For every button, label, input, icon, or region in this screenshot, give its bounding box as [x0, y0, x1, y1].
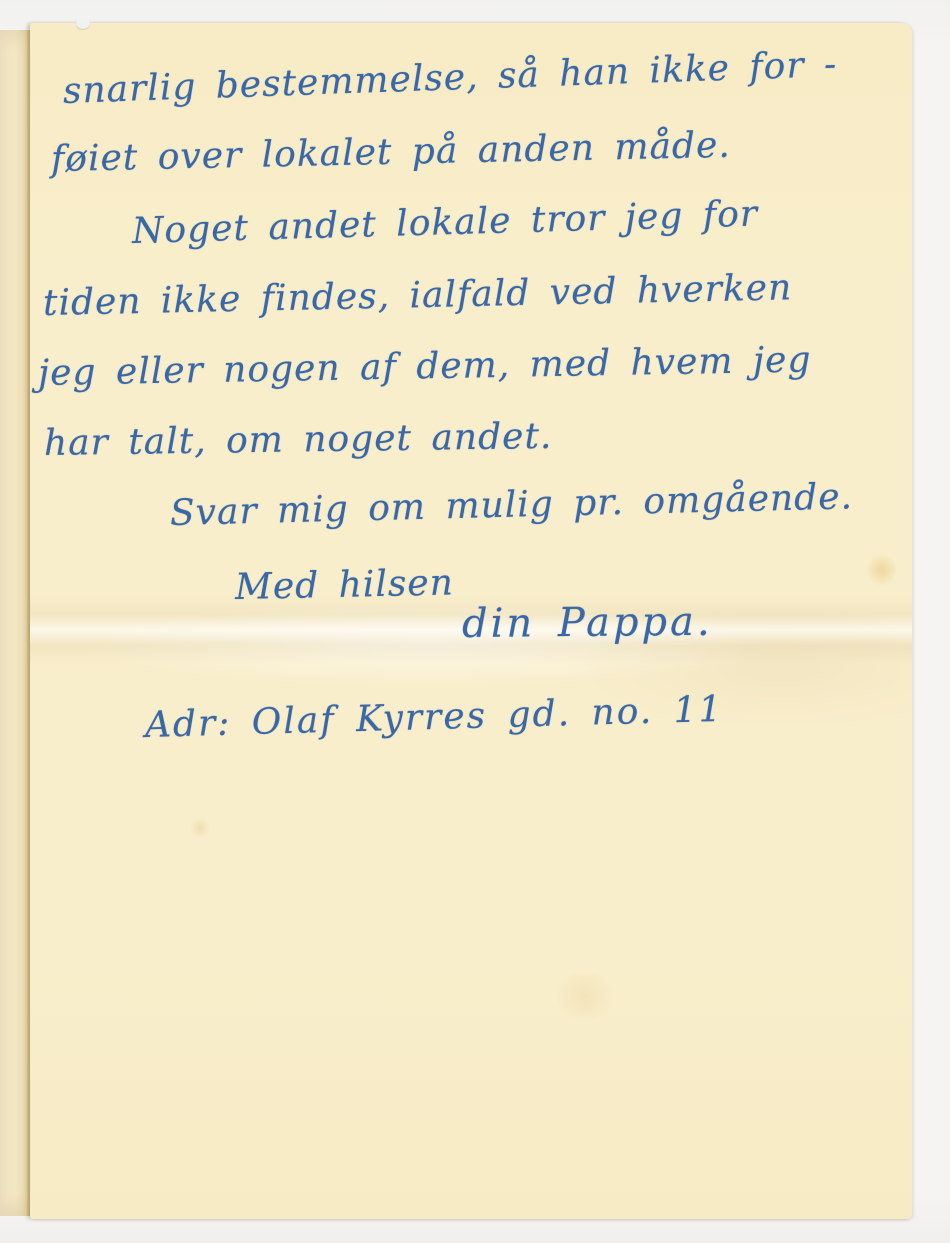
handwritten-line-4: tiden ikke findes, ialfald ved hverken — [43, 267, 793, 324]
handwritten-line-5: jeg eller nogen af dem, med hvem jeg — [38, 340, 812, 394]
paper-stain — [550, 973, 620, 1019]
signature: din Pappa. — [462, 599, 713, 647]
closing-salutation: Med hilsen — [235, 562, 455, 608]
scanner-background: snarlig bestemmelse, så han ikke for - f… — [0, 0, 950, 1243]
address-line: Adr: Olaf Kyrres gd. no. 11 — [144, 689, 723, 746]
handwritten-line-7: Svar mig om mulig pr. omgående. — [169, 476, 853, 534]
adjacent-page-edge — [0, 30, 32, 1216]
handwritten-line-3: Noget andet lokale tror jeg for — [131, 194, 758, 252]
paper-stain — [868, 551, 896, 589]
handwritten-line-1: snarlig bestemmelse, så han ikke for - — [62, 44, 838, 112]
handwritten-line-2: føiet over lokalet på anden måde. — [51, 125, 732, 180]
handwritten-line-6: har talt, om noget andet. — [44, 416, 553, 464]
letter-paper: snarlig bestemmelse, så han ikke for - f… — [30, 23, 912, 1219]
paper-stain — [190, 818, 210, 838]
paper-edge-notch — [76, 20, 90, 30]
